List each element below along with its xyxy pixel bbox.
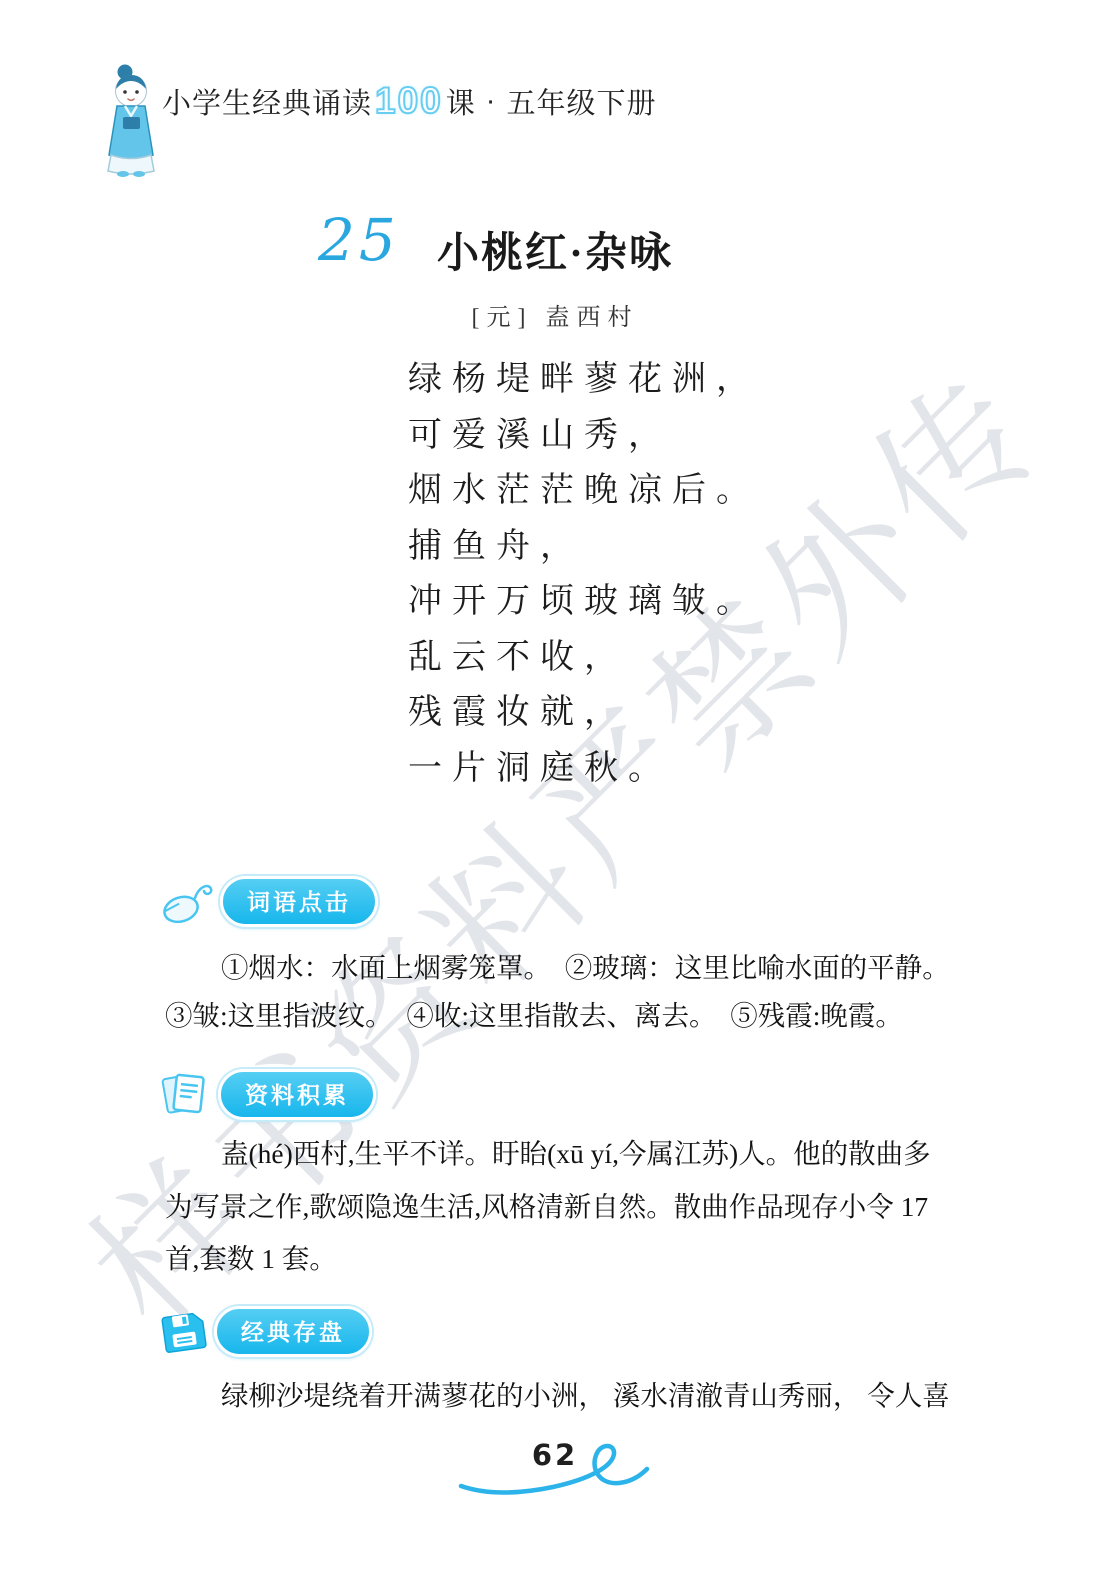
classic-line: 绿柳沙堤绕着开满蓼花的小洲， 溪水清澈青山秀丽， 令人喜 (165, 1372, 947, 1420)
materials-section-header: 资料积累 (158, 1068, 376, 1120)
poem-line: 可爱溪山秀， (408, 408, 760, 464)
series-separator: · (486, 85, 497, 118)
materials-line: 盍(hé)西村,生平不详。盱眙(xū yí,今属江苏)人。他的散曲多 (165, 1128, 947, 1181)
materials-section-badge: 资料积累 (218, 1069, 376, 1120)
words-section-header: 词语点击 (158, 876, 378, 927)
words-section-badge: 词语点击 (220, 876, 378, 927)
materials-line: 首,套数 1 套。 (165, 1233, 947, 1286)
lesson-title: 小桃红·杂咏 (437, 220, 673, 280)
materials-section-text: 盍(hé)西村,生平不详。盱眙(xū yí,今属江苏)人。他的散曲多 为写景之作… (165, 1128, 947, 1286)
classic-section-text: 绿柳沙堤绕着开满蓼花的小洲， 溪水清澈青山秀丽， 令人喜 (165, 1372, 947, 1420)
poem-line: 捕鱼舟， (408, 519, 760, 575)
classic-section-header: 经典存盘 (158, 1306, 372, 1357)
poem-line: 乱云不收， (408, 630, 760, 686)
poem-line: 绿杨堤畔蓼花洲， (408, 352, 760, 408)
floppy-disk-icon (158, 1307, 210, 1357)
series-number-100: 100 (375, 80, 443, 122)
words-line: ③皱:这里指波纹。 ④收:这里指散去、离去。 ⑤残霞:晚霞。 (165, 992, 947, 1040)
series-prefix: 小学生经典诵读 (162, 81, 372, 122)
poem: 绿杨堤畔蓼花洲， 可爱溪山秀， 烟水茫茫晚凉后。 捕鱼舟， 冲开万顷玻璃皱。 乱… (408, 352, 760, 796)
scholar-boy-mascot-icon (100, 62, 162, 183)
series-volume: 五年级下册 (506, 81, 656, 122)
words-section-text: ①烟水：水面上烟雾笼罩。 ②玻璃：这里比喻水面的平静。 ③皱:这里指波纹。 ④收… (165, 944, 947, 1040)
materials-line: 为写景之作,歌颂隐逸生活,风格清新自然。散曲作品现存小令 17 (165, 1181, 947, 1234)
lesson-number: 25 (318, 206, 400, 274)
book-series-title: 小学生经典诵读100课·五年级下册 (162, 80, 656, 122)
words-line: ①烟水：水面上烟雾笼罩。 ②玻璃：这里比喻水面的平静。 (165, 944, 947, 992)
poem-line: 冲开万顷玻璃皱。 (408, 574, 760, 630)
series-suffix: 课 (446, 81, 476, 122)
lesson-author: [元] 盍西村 (0, 297, 1110, 332)
classic-section-badge: 经典存盘 (214, 1306, 372, 1357)
poem-line: 烟水茫茫晚凉后。 (408, 463, 760, 519)
documents-icon (158, 1068, 214, 1120)
poem-line: 一片洞庭秋。 (408, 741, 760, 797)
mouse-icon (158, 878, 216, 926)
poem-line: 残霞妆就， (408, 685, 760, 741)
book-page: { "header": { "series_prefix": "小学生经典诵读"… (0, 0, 1110, 1571)
page-number: 62 (0, 1438, 1110, 1472)
